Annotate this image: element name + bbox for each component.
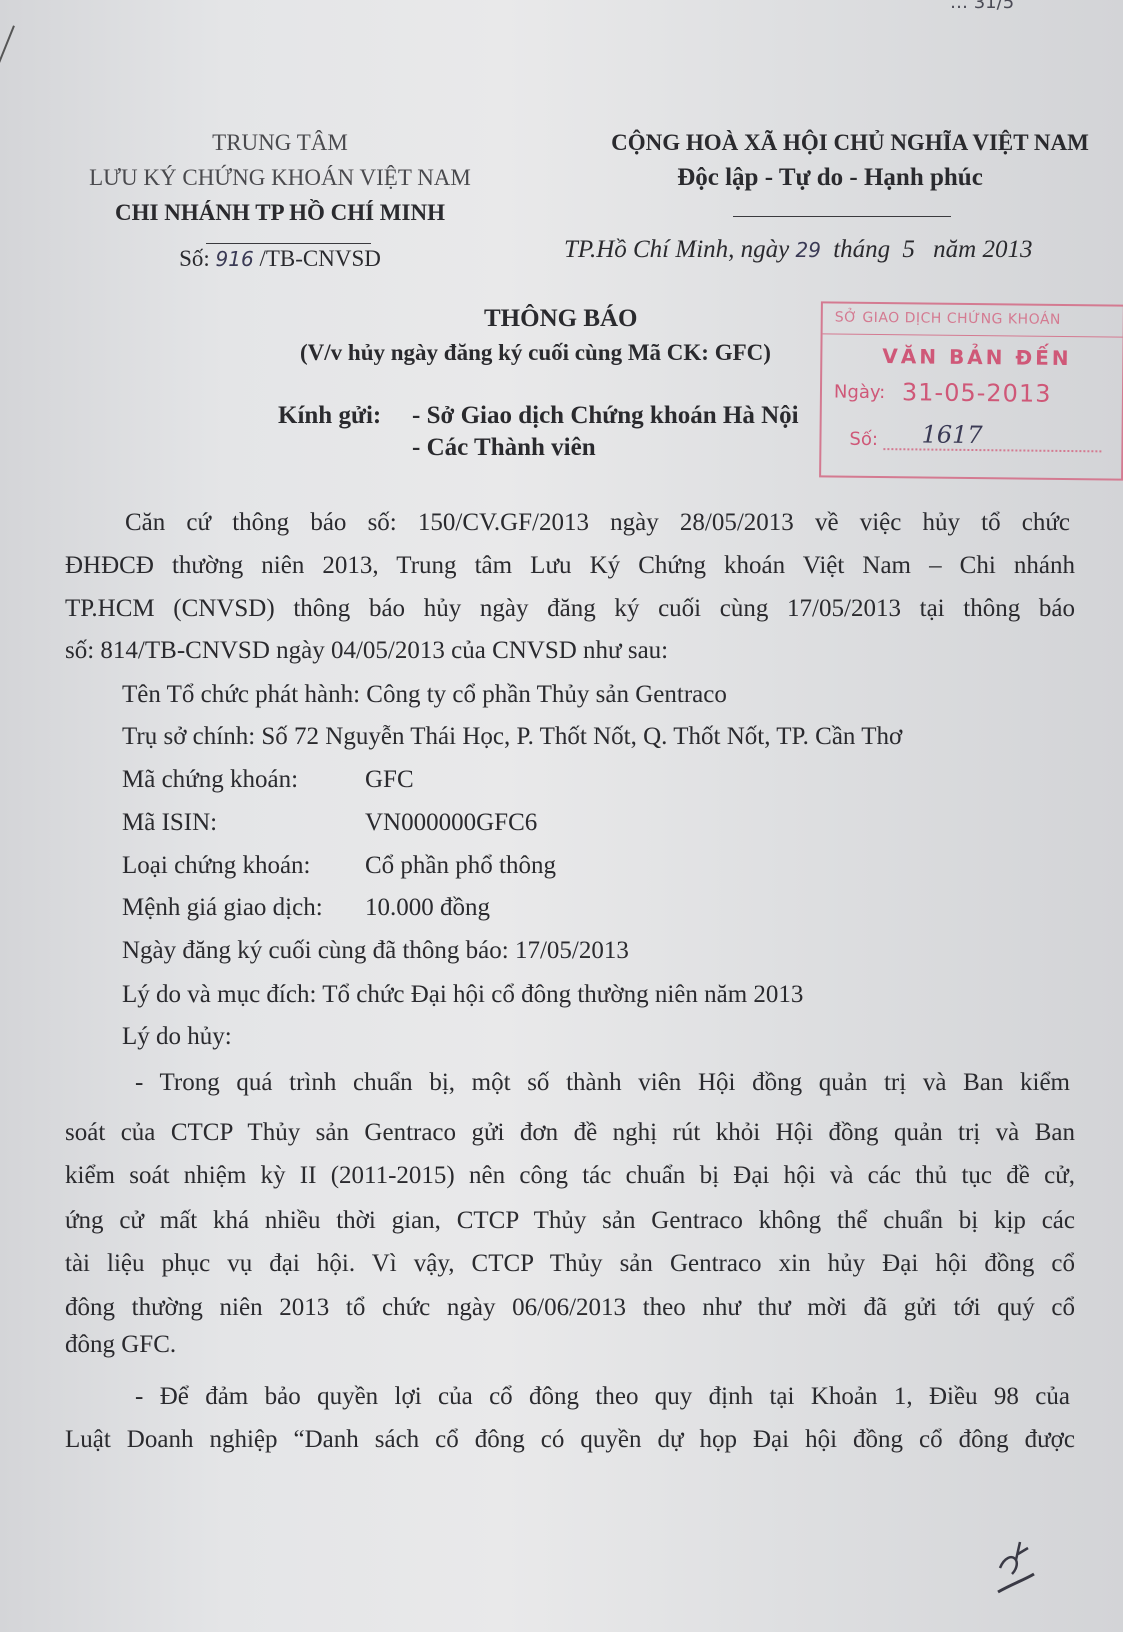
intro-line-1: Căn cứ thông báo số: 150/CV.GF/2013 ngày… bbox=[125, 508, 1070, 538]
intro-line-2: ĐHĐCĐ thường niên 2013, Trung tâm Lưu Ký… bbox=[65, 551, 1075, 581]
agency-underline bbox=[206, 243, 371, 244]
date-day: 29 bbox=[796, 238, 821, 262]
reason-label: Lý do hủy: bbox=[122, 1022, 232, 1052]
field-stock-code: Mã chứng khoán:GFC bbox=[122, 765, 414, 795]
notice-subject: (V/v hủy ngày đăng ký cuối cùng Mã CK: G… bbox=[300, 340, 771, 366]
stamp-date-label: Ngày: bbox=[834, 382, 886, 404]
date-month: 5 bbox=[902, 236, 915, 263]
stamp-date: 31-05-2013 bbox=[902, 378, 1052, 408]
reason1-line-6: đông thường niên 2013 tổ chức ngày 06/06… bbox=[65, 1293, 1075, 1323]
document-number-prefix: Số: bbox=[179, 246, 210, 271]
field-par-value: Mệnh giá giao dịch:10.000 đồng bbox=[122, 893, 490, 923]
issuer-line: Tên Tổ chức phát hành: Công ty cổ phần T… bbox=[122, 680, 727, 710]
motto-underline bbox=[733, 216, 951, 217]
agency-branch: CHI NHÁNH TP HỒ CHÍ MINH bbox=[60, 200, 500, 226]
reason2-line-1: - Để đảm bảo quyền lợi của cổ đông theo … bbox=[135, 1382, 1070, 1412]
reason1-line-3: kiểm soát nhiệm kỳ II (2011-2015) nên cô… bbox=[65, 1161, 1075, 1191]
margin-handwritten-note: … 31/5 bbox=[950, 0, 1014, 13]
recipient-1: - Sở Giao dịch Chứng khoán Hà Nội bbox=[412, 402, 799, 430]
agency-line-2: LƯU KÝ CHỨNG KHOÁN VIỆT NAM bbox=[60, 165, 500, 191]
intro-line-4: số: 814/TB-CNVSD ngày 04/05/2013 của CNV… bbox=[65, 636, 668, 666]
reason1-line-5: tài liệu phục vụ đại hội. Vì vậy, CTCP T… bbox=[65, 1249, 1075, 1279]
national-motto: Độc lập - Tự do - Hạnh phúc bbox=[560, 164, 1100, 192]
received-stamp: SỞ GIAO DỊCH CHỨNG KHOÁN VĂN BẢN ĐẾN Ngà… bbox=[819, 301, 1123, 480]
handwritten-initials bbox=[990, 1530, 1060, 1600]
notice-title: THÔNG BÁO bbox=[484, 305, 638, 333]
margin-slash-mark bbox=[0, 25, 15, 70]
address-line: Trụ sở chính: Số 72 Nguyễn Thái Học, P. … bbox=[122, 722, 902, 752]
document-number-suffix: /TB-CNVSD bbox=[259, 246, 380, 271]
intro-line-3: TP.HCM (CNVSD) thông báo hủy ngày đăng k… bbox=[65, 594, 1075, 624]
field-isin: Mã ISIN:VN000000GFC6 bbox=[122, 808, 537, 838]
recipient-2: - Các Thành viên bbox=[412, 434, 596, 462]
reason2-line-2: Luật Doanh nghiệp “Danh sách cổ đông có … bbox=[65, 1425, 1075, 1455]
field-security-type: Loại chứng khoán:Cổ phần phổ thông bbox=[122, 851, 556, 881]
stamp-title: VĂN BẢN ĐẾN bbox=[882, 344, 1071, 370]
record-date-line: Ngày đăng ký cuối cùng đã thông báo: 17/… bbox=[122, 936, 629, 966]
stamp-org: SỞ GIAO DỊCH CHỨNG KHOÁN bbox=[835, 310, 1061, 328]
recipients-label: Kính gửi: bbox=[278, 402, 381, 430]
reason1-line-1: - Trong quá trình chuẩn bị, một số thành… bbox=[135, 1068, 1070, 1098]
reason1-line-4: ứng cử mất khá nhiều thời gian, CTCP Thủ… bbox=[65, 1206, 1075, 1236]
document-date: TP.Hồ Chí Minh, ngày 29 tháng 5 năm 2013 bbox=[564, 236, 1032, 264]
document-number: Số: 916 /TB-CNVSD bbox=[60, 246, 500, 272]
stamp-number-label: Số: bbox=[849, 429, 878, 450]
purpose-line: Lý do và mục đích: Tổ chức Đại hội cổ đô… bbox=[122, 980, 803, 1010]
agency-line-1: TRUNG TÂM bbox=[60, 130, 500, 156]
reason1-line-2: soát của CTCP Thủy sản Gentraco gửi đơn … bbox=[65, 1118, 1075, 1148]
national-title: CỘNG HOÀ XÃ HỘI CHỦ NGHĨA VIỆT NAM bbox=[580, 130, 1120, 156]
reason1-line-7: đông GFC. bbox=[65, 1330, 176, 1360]
stamp-number: 1617 bbox=[921, 420, 982, 449]
document-number-handwritten: 916 bbox=[216, 247, 254, 271]
